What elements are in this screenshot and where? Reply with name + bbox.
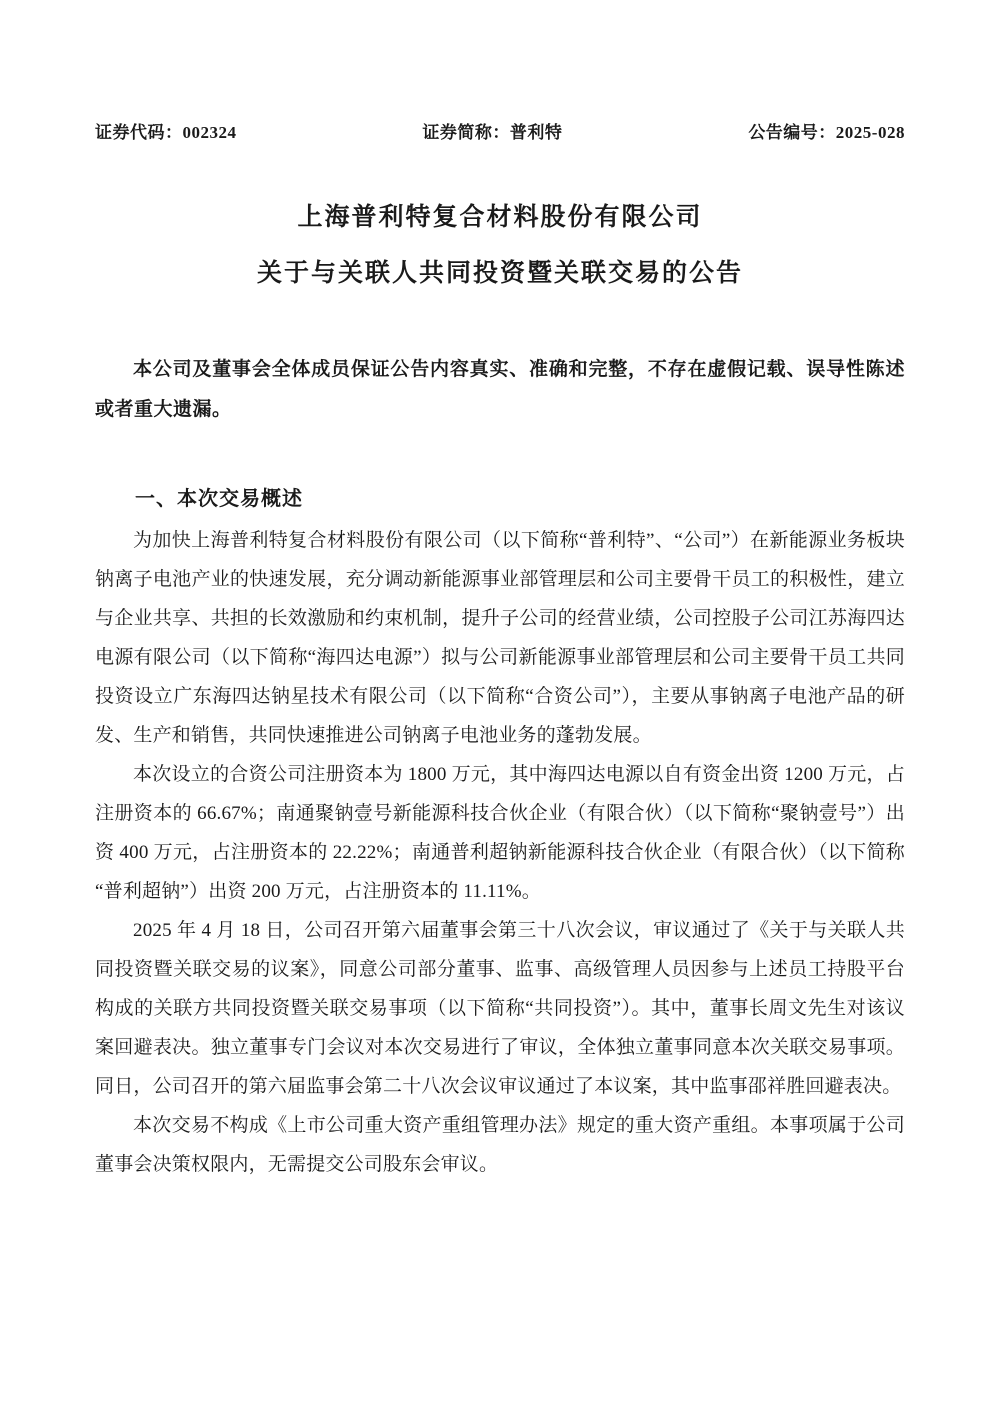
announcement-page: 证券代码：002324 证券简称：普利特 公告编号：2025-028 上海普利特… <box>0 0 1000 1414</box>
paragraph-board-approval: 2025 年 4 月 18 日，公司召开第六届董事会第三十八次会议，审议通过了《… <box>95 911 905 1106</box>
paragraph-regulatory-note: 本次交易不构成《上市公司重大资产重组管理办法》规定的重大资产重组。本事项属于公司… <box>95 1106 905 1184</box>
document-header: 证券代码：002324 证券简称：普利特 公告编号：2025-028 <box>95 118 905 143</box>
document-title: 上海普利特复合材料股份有限公司 关于与关联人共同投资暨关联交易的公告 <box>95 205 905 286</box>
paragraph-transaction-background: 为加快上海普利特复合材料股份有限公司（以下简称“普利特”、“公司”）在新能源业务… <box>95 521 905 755</box>
stock-code-label: 证券代码：002324 <box>95 118 237 143</box>
board-disclaimer-text: 本公司及董事会全体成员保证公告内容真实、准确和完整，不存在虚假记载、误导性陈述或… <box>95 350 905 430</box>
stock-name-label: 证券简称：普利特 <box>422 118 562 143</box>
announcement-number-label: 公告编号：2025-028 <box>748 118 905 143</box>
section-heading-transaction-overview: 一、本次交易概述 <box>95 482 905 511</box>
paragraph-capital-contributions: 本次设立的合资公司注册资本为 1800 万元，其中海四达电源以自有资金出资 12… <box>95 755 905 911</box>
title-line-subject: 关于与关联人共同投资暨关联交易的公告 <box>95 261 905 286</box>
title-line-company: 上海普利特复合材料股份有限公司 <box>95 205 905 230</box>
